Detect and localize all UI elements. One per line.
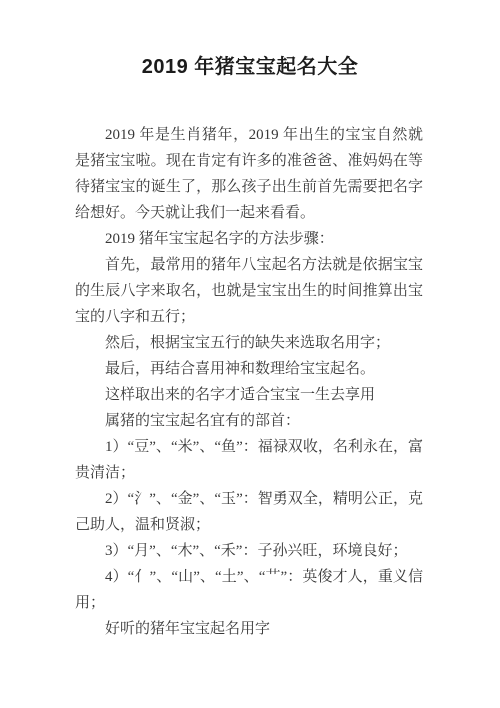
- paragraph-names-header: 好听的猪年宝宝起名用字: [75, 616, 423, 642]
- paragraph-radicals-header: 属猪的宝宝起名宜有的部首：: [75, 408, 423, 434]
- paragraph-intro: 2019 年是生肖猪年，2019 年出生的宝宝自然就是猪宝宝啦。现在肯定有许多的…: [75, 122, 423, 226]
- paragraph-steps-header: 2019 猪年宝宝起名字的方法步骤：: [75, 226, 423, 252]
- document-body: 2019 年是生肖猪年，2019 年出生的宝宝自然就是猪宝宝啦。现在肯定有许多的…: [75, 122, 423, 642]
- paragraph-summary: 这样取出来的名字才适合宝宝一生去享用: [75, 382, 423, 408]
- list-item-3: 3）“月”、“木”、“禾”：子孙兴旺，环境良好；: [75, 538, 423, 564]
- paragraph-step-last: 最后，再结合喜用神和数理给宝宝起名。: [75, 356, 423, 382]
- list-item-1: 1）“豆”、“米”、“鱼”：福禄双收，名利永在，富贵清洁；: [75, 434, 423, 486]
- page-title: 2019 年猪宝宝起名大全: [75, 52, 425, 82]
- list-item-4: 4）“亻”、“山”、“土”、“艹”：英俊才人，重义信用；: [75, 564, 423, 616]
- list-item-2: 2）“氵”、“金”、“玉”：智勇双全，精明公正，克己助人，温和贤淑；: [75, 486, 423, 538]
- document-page: 2019 年猪宝宝起名大全 2019 年是生肖猪年，2019 年出生的宝宝自然就…: [0, 0, 500, 708]
- paragraph-step-first: 首先，最常用的猪年八宝起名方法就是依据宝宝的生辰八字来取名，也就是宝宝出生的时间…: [75, 252, 423, 330]
- paragraph-step-then: 然后，根据宝宝五行的缺失来选取名用字；: [75, 330, 423, 356]
